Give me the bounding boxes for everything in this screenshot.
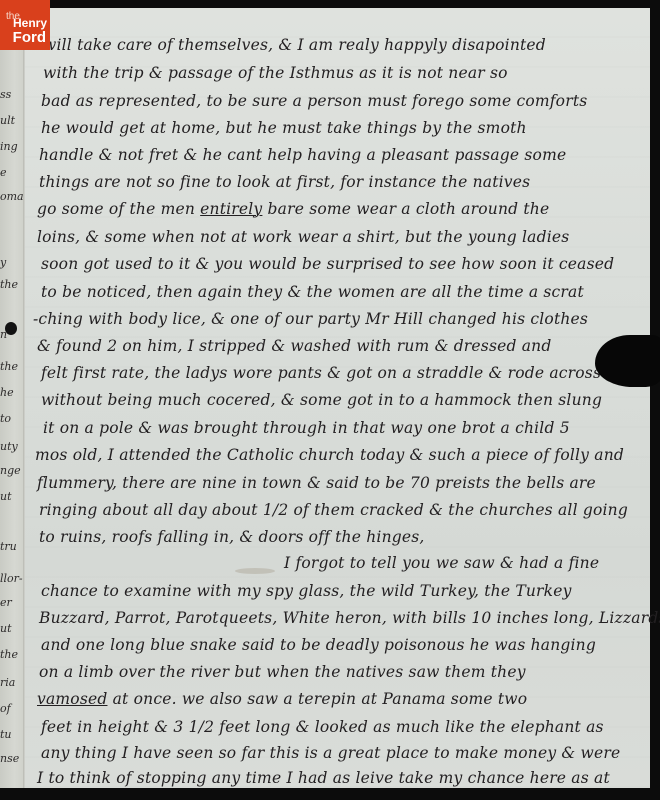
handwritten-line: any thing I have seen so far this is a g…	[41, 744, 620, 762]
margin-fragment: of	[0, 702, 24, 715]
ink-blot	[5, 322, 17, 335]
margin-fragment: uty	[0, 440, 24, 453]
handwritten-line: he would get at home, but he must take t…	[41, 119, 527, 137]
handwritten-line: go some of the men entirely bare some we…	[37, 200, 549, 218]
margin-fragment: ut	[0, 622, 24, 635]
handwritten-line: and one long blue snake said to be deadl…	[41, 636, 596, 654]
margin-fragment: tu	[0, 728, 24, 741]
henry-ford-logo: the Henry Ford	[0, 0, 50, 50]
margin-fragment: ut	[0, 490, 24, 503]
margin-fragment: ss	[0, 88, 24, 101]
handwritten-line: felt first rate, the ladys wore pants & …	[41, 364, 601, 382]
handwritten-line: soon got used to it & you would be surpr…	[41, 255, 614, 273]
handwritten-line: with the trip & passage of the Isthmus a…	[43, 64, 508, 82]
handwritten-line: & found 2 on him, I stripped & washed wi…	[37, 337, 551, 355]
handwritten-line: without being much cocered, & some got i…	[41, 391, 602, 409]
handwritten-line: it on a pole & was brought through in th…	[43, 419, 570, 437]
handwritten-line: bad as represented, to be sure a person …	[41, 92, 587, 110]
margin-fragment: to	[0, 412, 24, 425]
document-scan: tssultingeomaythenthehetoutyngeuttrullor…	[0, 0, 660, 800]
handwritten-line: I forgot to tell you we saw & had a fine	[284, 554, 599, 572]
margin-fragment: ult	[0, 114, 24, 127]
margin-fragment: y	[0, 256, 24, 269]
handwritten-line: mos old, I attended the Catholic church …	[35, 446, 624, 464]
handwritten-line: ringing about all day about 1/2 of them …	[39, 501, 628, 519]
margin-fragment: the	[0, 360, 24, 373]
margin-fragment: nge	[0, 464, 24, 477]
margin-fragment: ria	[0, 676, 24, 689]
handwritten-line: vamosed at once. we also saw a terepin a…	[37, 690, 527, 708]
margin-fragment: the	[0, 648, 24, 661]
margin-fragment: nse	[0, 752, 24, 765]
margin-fragment: tru	[0, 540, 24, 553]
handwritten-line: to be noticed, then again they & the wom…	[41, 283, 584, 301]
letter-page: will take care of themselves, & I am rea…	[25, 8, 650, 788]
handwritten-line: on a limb over the river but when the na…	[39, 663, 526, 681]
line-text-rest: at once. we also saw a terepin at Panama…	[107, 690, 527, 708]
logo-ford: Ford	[13, 30, 46, 45]
margin-fragment: oma	[0, 190, 24, 203]
logo-henry: Henry	[13, 17, 47, 29]
handwritten-line: to ruins, roofs falling in, & doors off …	[39, 528, 425, 546]
adjacent-page-margin: tssultingeomaythenthehetoutyngeuttrullor…	[0, 8, 24, 788]
paper-stain	[235, 568, 275, 574]
margin-fragment: the	[0, 278, 24, 291]
handwritten-line: Buzzard, Parrot, Parotqueets, White hero…	[39, 609, 660, 627]
margin-fragment: ing	[0, 140, 24, 153]
line-text: go some of the men	[37, 200, 200, 218]
handwritten-line: feet in height & 3 1/2 feet long & looke…	[41, 718, 604, 736]
handwritten-line: -ching with body lice, & one of our part…	[33, 310, 588, 328]
margin-fragment: llor-	[0, 572, 24, 585]
handwritten-line: loins, & some when not at work wear a sh…	[37, 228, 569, 246]
handwritten-line: things are not so fine to look at first,…	[39, 173, 530, 191]
handwritten-line: handle & not fret & he cant help having …	[39, 146, 566, 164]
margin-fragment: he	[0, 386, 24, 399]
handwritten-line: chance to examine with my spy glass, the…	[41, 582, 572, 600]
handwritten-line: I to think of stopping any time I had as…	[37, 769, 610, 787]
handwritten-line: will take care of themselves, & I am rea…	[43, 36, 546, 54]
line-text-rest: bare some wear a cloth around the	[262, 200, 549, 218]
handwritten-line: flummery, there are nine in town & said …	[37, 474, 596, 492]
margin-fragment: e	[0, 166, 24, 179]
margin-fragment: er	[0, 596, 24, 609]
underlined-word: vamosed	[37, 690, 107, 708]
underlined-word: entirely	[200, 200, 262, 218]
paper-damage-hole	[595, 335, 660, 387]
